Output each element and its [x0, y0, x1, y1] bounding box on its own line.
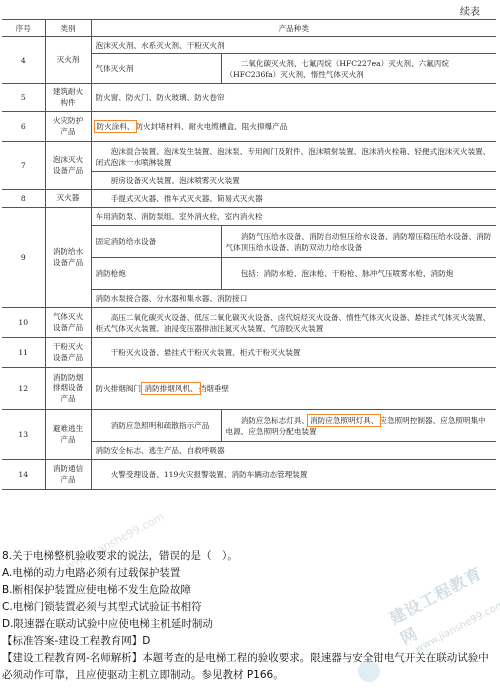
option-c: C.电梯门锁装置必须与其型式试验证书相符 — [2, 599, 498, 616]
row-seq: 11 — [2, 338, 45, 368]
sub-content: 包括：消防水枪、泡沫枪、干粉枪、脉冲气压喷雾水枪、消防炮 — [221, 258, 496, 290]
sub-category: 消防枪炮 — [91, 258, 221, 290]
table-row: 7 泡沫灭火设备产品 泡沫混合装置、泡沫发生装置、泡沫泵、专用阀门及附件、泡沫喷… — [2, 142, 496, 172]
row-content: 防火涂料、防火封堵材料、耐火电缆槽盒、阻火抑爆产品 — [91, 112, 496, 142]
row-category: 灭火器 — [45, 190, 91, 208]
content-text: 消防应急标志灯具、 — [241, 416, 309, 425]
row-category: 泡沫灭火设备产品 — [45, 142, 91, 190]
answer-line: 【标准答案-建设工程教育网】D — [2, 633, 498, 650]
content-text: 防火排烟阀门 — [96, 384, 142, 393]
row-category: 消防通信产品 — [45, 460, 91, 490]
sub-content: 二氧化碳灭火剂、七氟丙烷（HFC227ea）灭火剂、六氟丙烷（HFC236fa）… — [221, 54, 496, 84]
table-row: 6 火灾防护产品 防火涂料、防火封堵材料、耐火电缆槽盒、阻火抑爆产品 — [2, 112, 496, 142]
row-category: 消防防烟排烟设备产品 — [45, 368, 91, 410]
table-row: 14 消防通信产品 火警受理设备、119火灾报警装置、消防车辆动态管理装置 — [2, 460, 496, 490]
sub-content: 消防应急标志灯具、消防应急照明灯具、应急照明控制器、应急照明集中电源、应急照明分… — [221, 410, 496, 442]
continued-table-label: 续表 — [460, 3, 480, 18]
row-seq: 5 — [2, 84, 45, 112]
option-b: B.断相保护装置应使电梯不发生危险故障 — [2, 582, 498, 599]
row-category: 建筑耐火构件 — [45, 84, 91, 112]
highlight-box: 消防应急照明灯具、 — [309, 416, 379, 425]
row-category: 灭火剂 — [45, 37, 91, 84]
sub-category: 消防应急照明和疏散指示产品 — [91, 410, 221, 442]
table-row: 5 建筑耐火构件 防火窗、防火门、防火玻璃、防火卷帘 — [2, 84, 496, 112]
col-header-products: 产品种类 — [91, 20, 496, 37]
row-content: 车用消防泵、消防泵组、室外消火栓、室内消火栓 — [91, 208, 496, 226]
sub-category: 气体灭火剂 — [91, 54, 221, 84]
content-text: 防火封堵材料、耐火电缆槽盒、阻火抑爆产品 — [135, 122, 287, 131]
col-header-category: 类别 — [45, 20, 91, 37]
table-row: 9 消防给水设备产品 车用消防泵、消防泵组、室外消火栓、室内消火栓 — [2, 208, 496, 226]
table-row: 8 灭火器 手提式灭火器、推车式灭火器、简易式灭火器 — [2, 190, 496, 208]
sub-content: 消防气压给水设备、消防自动恒压给水设备、消防增压稳压给水设备、消防气体顶压给水设… — [221, 226, 496, 258]
table-row: 11 干粉灭火设备产品 干粉灭火设备、悬挂式干粉灭火装置、柜式干粉灭火装置 — [2, 338, 496, 368]
row-category: 避难逃生产品 — [45, 410, 91, 460]
row-content: 火警受理设备、119火灾报警装置、消防车辆动态管理装置 — [91, 460, 496, 490]
content-text: 挡烟垂壁 — [199, 384, 229, 393]
col-header-seq: 序号 — [2, 20, 45, 37]
analysis-label: 【建设工程教育网-名师解析】 — [2, 652, 142, 664]
option-a: A.电梯的动力电路必须有过载保护装置 — [2, 565, 498, 582]
row-seq: 4 — [2, 37, 45, 84]
row-seq: 14 — [2, 460, 45, 490]
table-header-row: 序号 类别 产品种类 — [2, 20, 496, 37]
table-row: 4 灭火剂 泡沫灭火剂、水系灭火剂、干粉灭火剂 — [2, 37, 496, 54]
row-content: 泡沫灭火剂、水系灭火剂、干粉灭火剂 — [91, 37, 496, 54]
table-row: 10 气体灭火设备产品 高压二氧化碳灭火设备、低压二氧化碳灭火设备、卤代烷烃灭火… — [2, 308, 496, 338]
highlight-box: 防火涂料、 — [96, 122, 136, 131]
table-row: 13 避难逃生产品 消防应急照明和疏散指示产品 消防应急标志灯具、消防应急照明灯… — [2, 410, 496, 442]
row-category: 火灾防护产品 — [45, 112, 91, 142]
row-content: 消防安全标志、逃生产品、自救呼吸器 — [91, 442, 496, 460]
row-content: 厨房设备灭火装置、泡沫喷雾灭火装置 — [91, 172, 496, 190]
row-seq: 10 — [2, 308, 45, 338]
product-category-table: 序号 类别 产品种类 4 灭火剂 泡沫灭火剂、水系灭火剂、干粉灭火剂 气体灭火剂… — [2, 19, 496, 490]
option-d: D.限速器在联动试验中应使电梯主机延时制动 — [2, 616, 498, 633]
question-block: 8.关于电梯整机验收要求的说法，错误的是（ ）。 A.电梯的动力电路必须有过载保… — [2, 548, 498, 684]
sub-category: 固定消防给水设备 — [91, 226, 221, 258]
row-category: 消防给水设备产品 — [45, 208, 91, 308]
row-seq: 8 — [2, 190, 45, 208]
row-seq: 7 — [2, 142, 45, 190]
row-content: 消防水泵接合器、分水器和集水器、消防接口 — [91, 290, 496, 308]
row-seq: 13 — [2, 410, 45, 460]
answer-label: 【标准答案-建设工程教育网】 — [2, 635, 142, 647]
row-content: 高压二氧化碳灭火设备、低压二氧化碳灭火设备、卤代烷烃灭火设备、惰性气体灭火设备、… — [91, 308, 496, 338]
row-seq: 9 — [2, 208, 45, 308]
row-category: 气体灭火设备产品 — [45, 308, 91, 338]
answer-value: D — [142, 635, 150, 647]
analysis: 【建设工程教育网-名师解析】本题考查的是电梯工程的验收要求。限速器与安全钳电气开… — [2, 650, 498, 684]
row-content: 防火窗、防火门、防火玻璃、防火卷帘 — [91, 84, 496, 112]
row-seq: 12 — [2, 368, 45, 410]
row-category: 干粉灭火设备产品 — [45, 338, 91, 368]
table-row: 12 消防防烟排烟设备产品 防火排烟阀门 消防排烟风机、挡烟垂壁 — [2, 368, 496, 410]
row-content: 干粉灭火设备、悬挂式干粉灭火装置、柜式干粉灭火装置 — [91, 338, 496, 368]
row-content: 防火排烟阀门 消防排烟风机、挡烟垂壁 — [91, 368, 496, 410]
question-stem: 8.关于电梯整机验收要求的说法，错误的是（ ）。 — [2, 548, 498, 565]
highlight-box: 消防排烟风机、 — [143, 384, 198, 393]
row-content: 泡沫混合装置、泡沫发生装置、泡沫泵、专用阀门及附件、泡沫喷射装置、泡沫消火栓箱、… — [91, 142, 496, 172]
row-seq: 6 — [2, 112, 45, 142]
row-content: 手提式灭火器、推车式灭火器、简易式灭火器 — [91, 190, 496, 208]
